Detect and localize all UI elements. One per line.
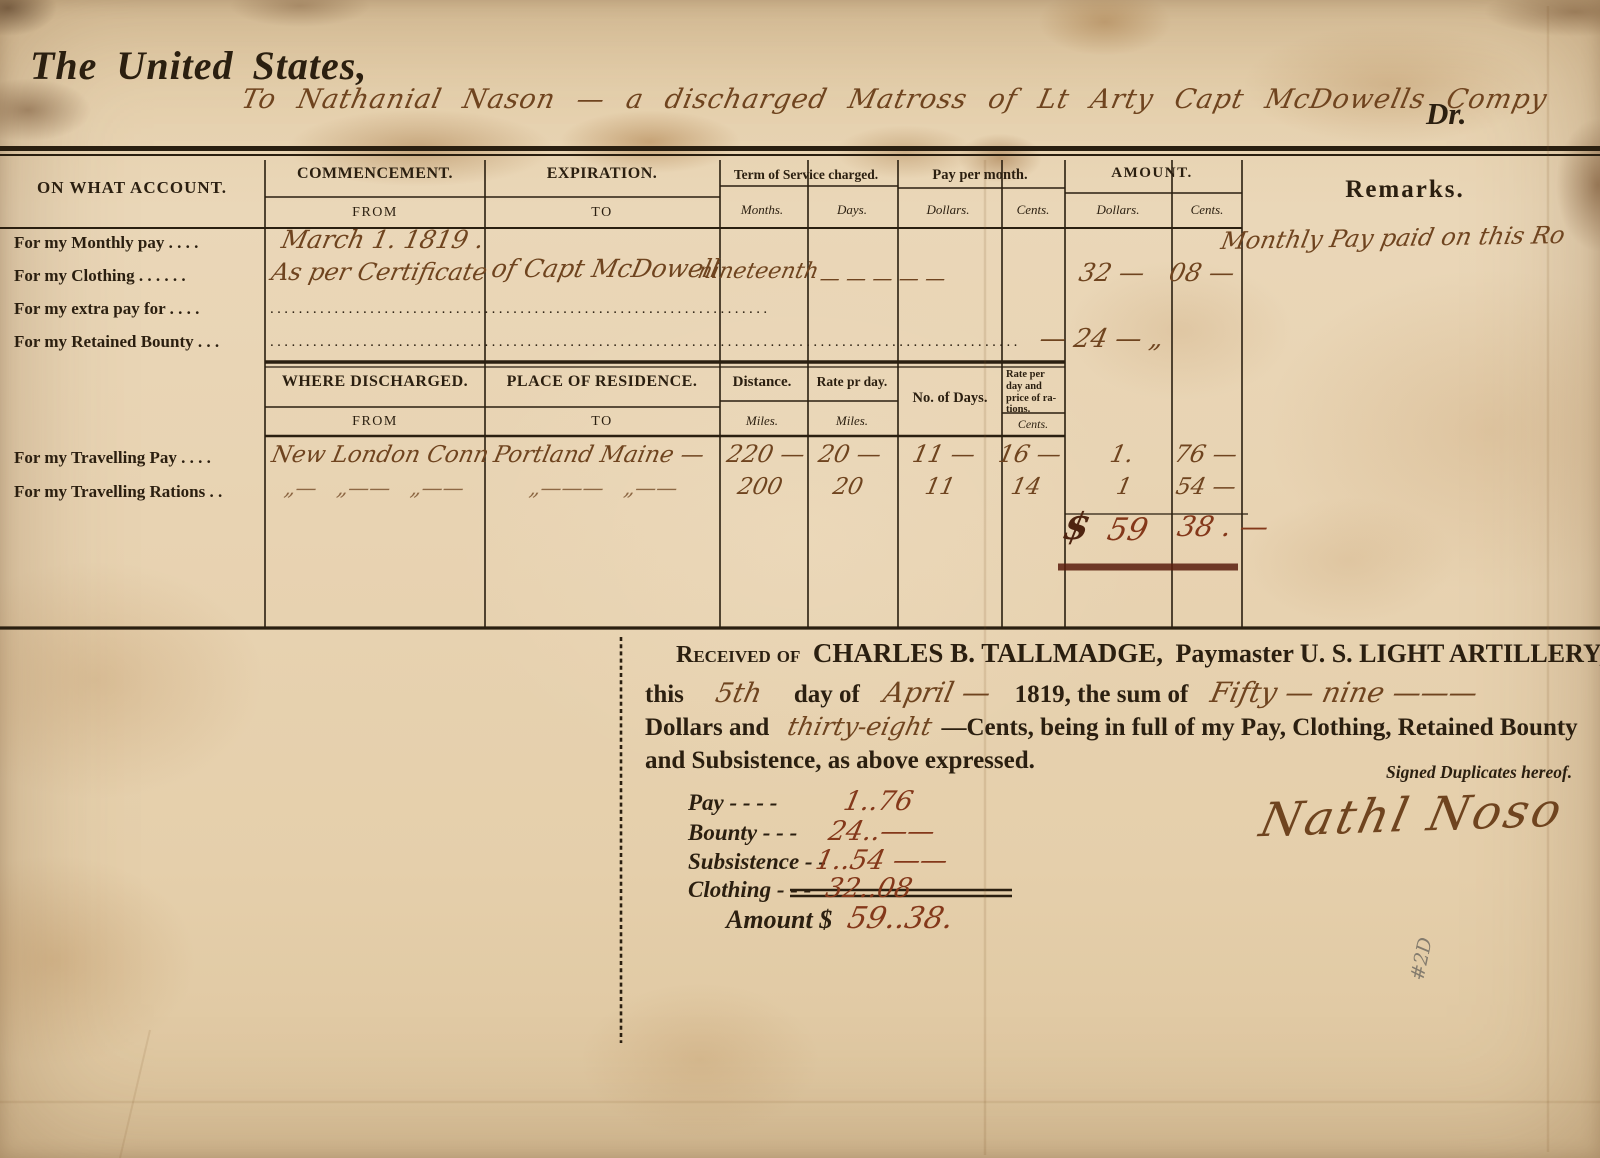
sum-words-handwriting: Fifty — nine ——— bbox=[1207, 676, 1480, 709]
dr-label: Dr. bbox=[1426, 96, 1467, 132]
summary-amount-label: Amount $ bbox=[726, 905, 832, 934]
col-header-distance: Distance. bbox=[733, 374, 792, 391]
subheader-miles-rate: Miles. bbox=[836, 413, 868, 429]
retained-bounty-dotted-leader: ........................................… bbox=[270, 334, 1021, 351]
subheader-residence-to: TO bbox=[591, 414, 612, 430]
subheader-amount-dollars: Dollars. bbox=[1097, 202, 1140, 218]
col-header-rate-per-day: Rate pr day. bbox=[817, 374, 888, 390]
subheader-discharged-from: FROM bbox=[352, 414, 398, 430]
clothing-term-handwriting: nineteenth bbox=[695, 259, 821, 284]
travelling-rations-amount-cents: 54 — bbox=[1173, 474, 1238, 500]
col-header-remarks: Remarks. bbox=[1345, 176, 1464, 204]
paymaster-title: Paymaster U. S. LIGHT ARTILLERY, bbox=[1175, 639, 1600, 668]
subheader-to: TO bbox=[591, 205, 612, 221]
summary-amount-value: 59..38. bbox=[844, 901, 956, 936]
clothing-amount-dollars: 32 — bbox=[1077, 258, 1148, 287]
subheader-miles-distance: Miles. bbox=[746, 413, 778, 429]
travelling-pay-amount-cents: 76 — bbox=[1172, 440, 1240, 468]
summary-label-subsistence: Subsistence - - bbox=[688, 849, 810, 875]
signed-duplicates-label: Signed Duplicates hereof. bbox=[1386, 762, 1572, 783]
row-label-clothing: For my Clothing . . . . . . bbox=[14, 266, 186, 286]
summary-label-pay: Pay - - - - bbox=[688, 790, 838, 816]
col-header-residence: PLACE OF RESIDENCE. bbox=[507, 373, 698, 391]
col-header-where-discharged: WHERE DISCHARGED. bbox=[282, 373, 468, 391]
clothing-dash-marks: — — — — — bbox=[817, 266, 948, 290]
subheader-months: Months. bbox=[741, 202, 783, 218]
total-cents: 38 . — bbox=[1174, 510, 1271, 543]
col-header-term-of-service: Term of Service charged. bbox=[734, 167, 878, 183]
summary-value-subsistence: 1..54 —— bbox=[812, 845, 950, 876]
travelling-pay-to: Portland Maine — bbox=[491, 442, 706, 468]
paymaster-name: CHARLES B. TALLMADGE, bbox=[813, 638, 1163, 668]
clothing-expiration-handwriting: of Capt McDowell bbox=[489, 254, 722, 283]
subheader-days: Days. bbox=[837, 202, 867, 218]
subsistence-clause-label: and Subsistence, as above expressed. bbox=[645, 747, 1035, 775]
travelling-pay-rate: 20 — bbox=[816, 440, 884, 468]
row-label-travelling-rations: For my Travelling Rations . . bbox=[14, 482, 222, 502]
travelling-pay-ration-cents: 16 — bbox=[996, 440, 1064, 468]
travelling-rations-to-ditto: „——— „—— bbox=[527, 476, 680, 500]
cents-clause-label: —Cents, being in full of my Pay, Clothin… bbox=[942, 714, 1578, 741]
travelling-pay-distance: 220 — bbox=[724, 440, 807, 468]
received-of-label: Received of bbox=[676, 642, 800, 668]
travelling-rations-distance: 200 bbox=[735, 474, 784, 500]
travelling-rations-rate: 20 bbox=[831, 474, 866, 500]
retained-bounty-amount: — 24 — „ bbox=[1037, 324, 1167, 354]
subheader-ration-cents: Cents. bbox=[1018, 417, 1048, 432]
extra-pay-dotted-leader: ........................................… bbox=[270, 301, 771, 318]
col-header-ration-rate: Rate per day and price of ra-tions. bbox=[1006, 369, 1062, 416]
travelling-pay-days: 11 — bbox=[910, 440, 978, 468]
dollars-and-label: Dollars and bbox=[645, 714, 769, 741]
clothing-commencement-handwriting: As per Certificate bbox=[269, 258, 490, 286]
summary-label-clothing: Clothing - - - bbox=[688, 877, 820, 903]
summary-label-bounty: Bounty - - - bbox=[688, 820, 823, 846]
travelling-rations-days: 11 bbox=[923, 474, 958, 500]
subheader-amount-cents: Cents. bbox=[1191, 202, 1224, 218]
signature-handwriting: Nathl Noso bbox=[1255, 783, 1569, 848]
col-header-amount: AMOUNT. bbox=[1111, 165, 1192, 182]
total-dollars: 59 bbox=[1104, 512, 1151, 548]
col-header-no-of-days: No. of Days. bbox=[913, 390, 988, 407]
month-handwriting: April — bbox=[881, 676, 994, 709]
row-label-travelling-pay: For my Travelling Pay . . . . bbox=[14, 448, 211, 468]
day-of-label: day of bbox=[794, 681, 860, 708]
summary-value-clothing: 32..08 bbox=[822, 873, 914, 904]
col-header-account: ON WHAT ACCOUNT. bbox=[37, 178, 227, 198]
document-title: The United States, bbox=[30, 42, 367, 89]
subheader-from: FROM bbox=[352, 205, 398, 221]
row-label-retained-bounty: For my Retained Bounty . . . bbox=[14, 332, 219, 352]
col-header-expiration: EXPIRATION. bbox=[547, 165, 658, 183]
subheader-dollars: Dollars. bbox=[927, 202, 970, 218]
cents-words-handwriting: thirty-eight bbox=[785, 712, 935, 741]
travelling-rations-from-ditto: „— „—— „—— bbox=[282, 476, 466, 500]
pay-voucher-document: The United States, To Nathanial Nason — … bbox=[0, 0, 1600, 1158]
debtor-line-handwriting: To Nathanial Nason — a discharged Matros… bbox=[239, 84, 1551, 115]
col-header-commencement: COMMENCEMENT. bbox=[297, 165, 453, 183]
summary-value-bounty: 24..—— bbox=[825, 816, 937, 847]
year-sum-label: 1819, the sum of bbox=[1015, 681, 1189, 708]
travelling-pay-from: New London Conn bbox=[269, 442, 491, 468]
this-label: this bbox=[645, 681, 684, 708]
summary-value-pay: 1..76 bbox=[840, 786, 915, 817]
monthly-pay-commencement-handwriting: March 1. 1819 . bbox=[279, 225, 487, 254]
day-number-handwriting: 5th bbox=[713, 678, 765, 709]
row-label-extra-pay: For my extra pay for . . . . bbox=[14, 299, 199, 319]
clothing-amount-cents: 08 — bbox=[1167, 258, 1238, 287]
col-header-pay-per-month: Pay per month. bbox=[932, 167, 1027, 184]
travelling-rations-ration-cents: 14 bbox=[1009, 474, 1044, 500]
subheader-cents: Cents. bbox=[1017, 202, 1050, 218]
row-label-monthly-pay: For my Monthly pay . . . . bbox=[14, 233, 198, 253]
